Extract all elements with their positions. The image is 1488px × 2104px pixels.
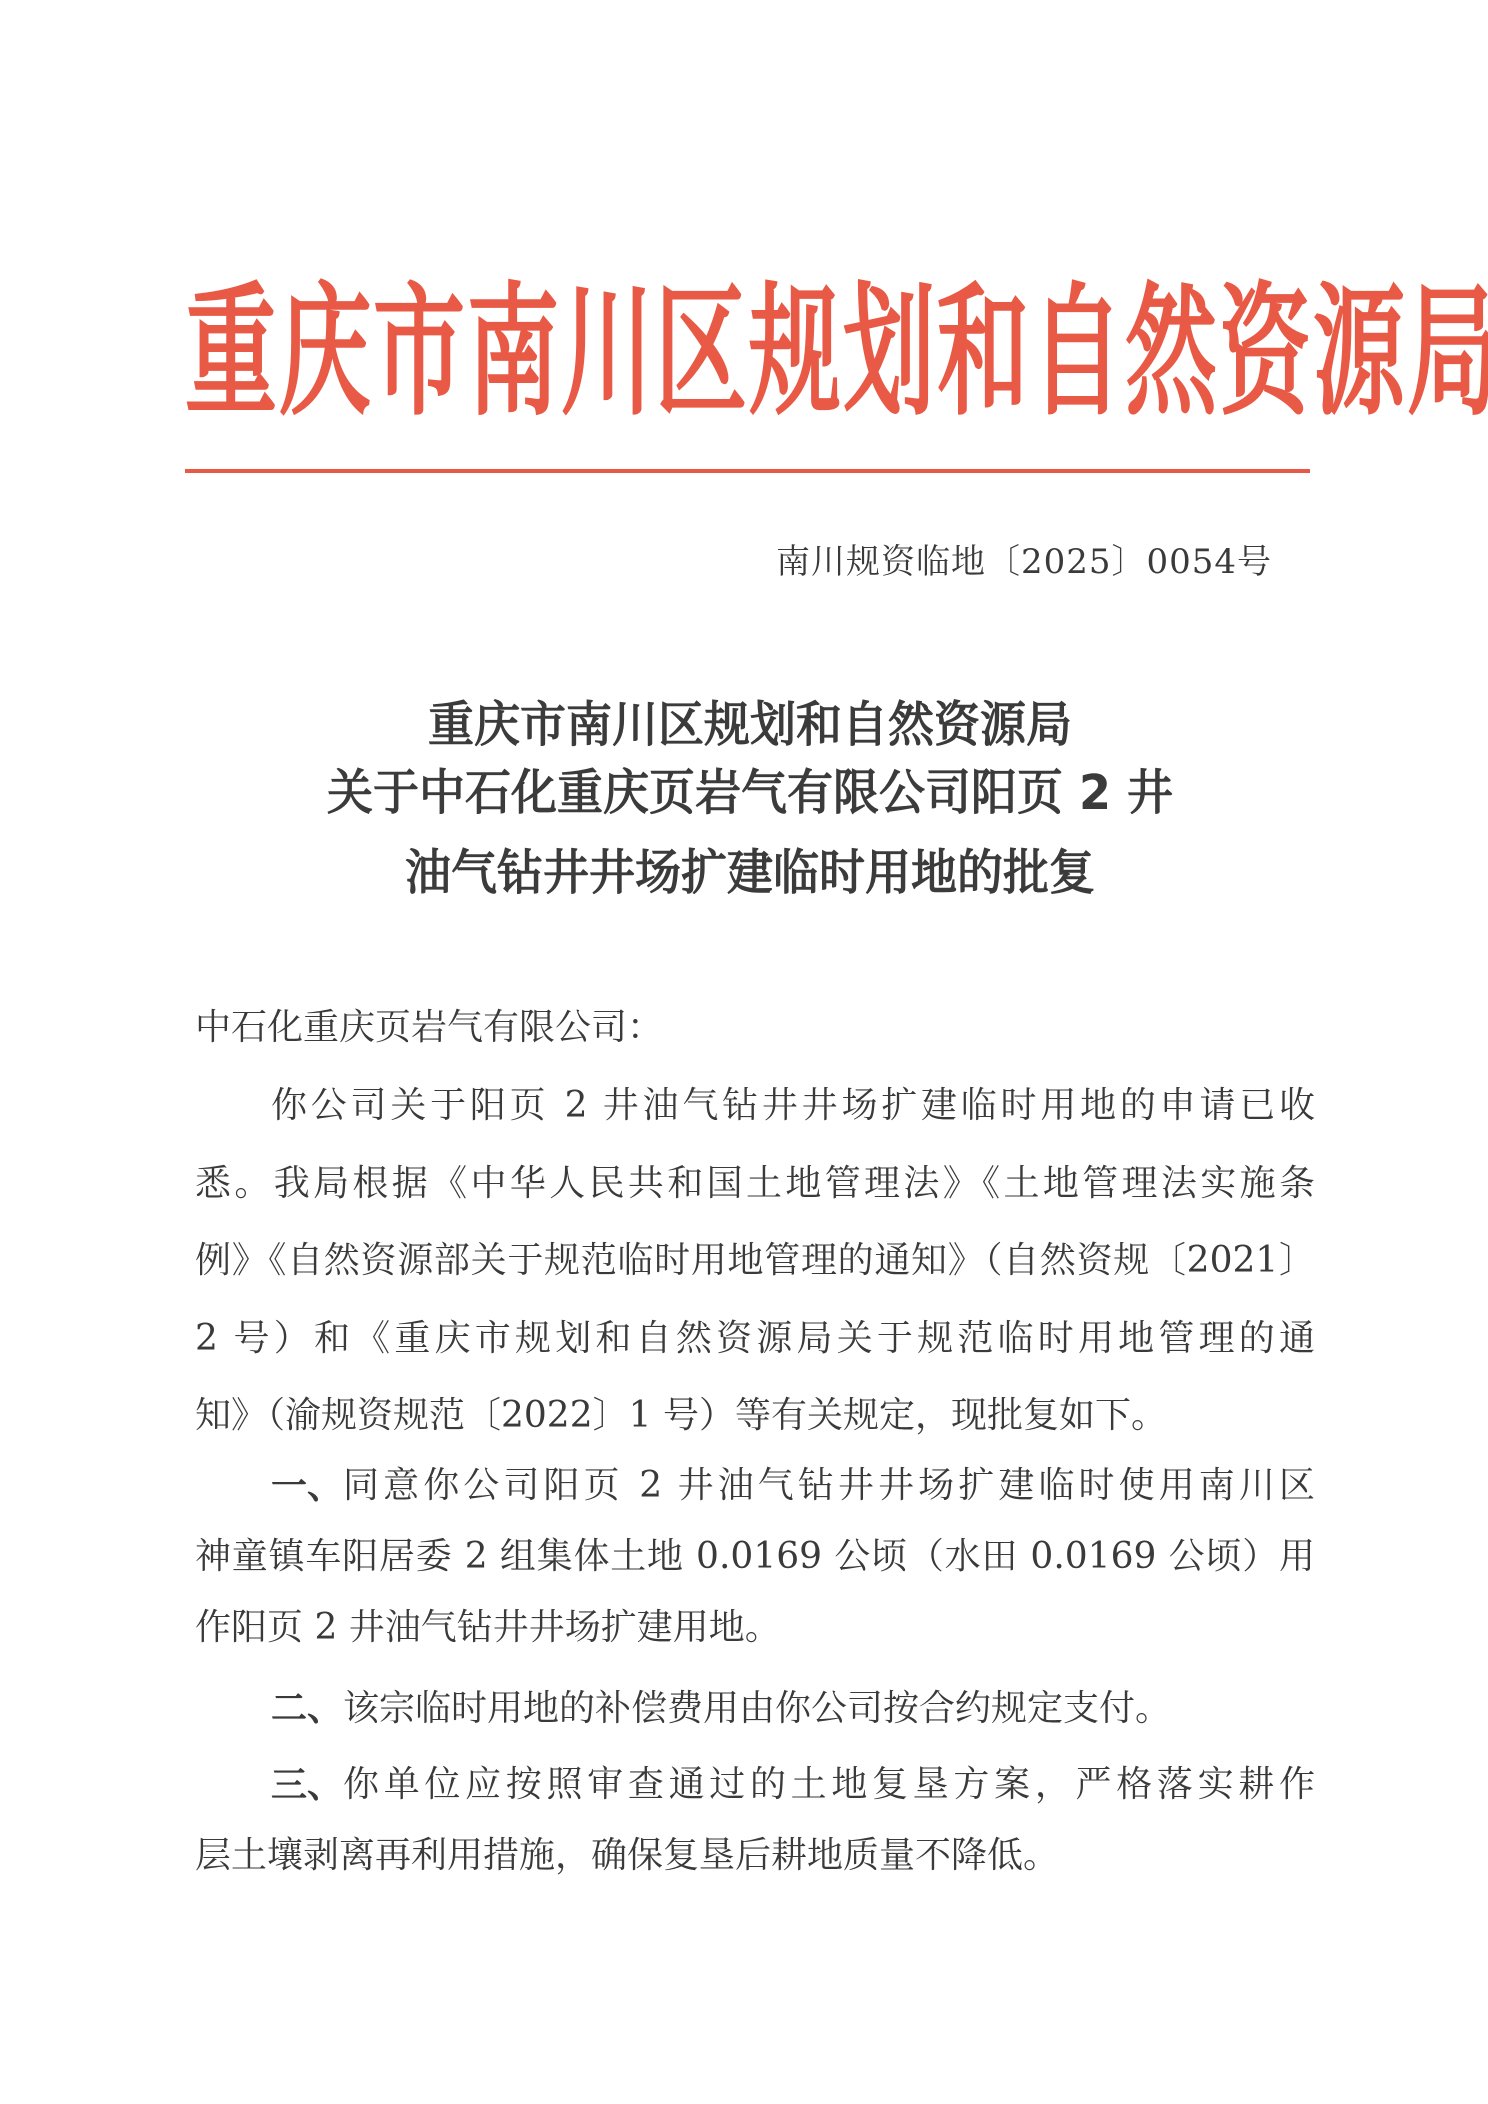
salutation: 中石化重庆页岩气有限公司： <box>195 1008 663 1048</box>
document-number: 南川规资临地〔2025〕0054号 <box>776 538 1272 586</box>
paragraph-line: 例》《自然资源部关于规范临时用地管理的通知》（自然资规〔2021〕 <box>195 1241 1315 1281</box>
paragraph-line: 悉。我局根据《中华人民共和国土地管理法》《土地管理法实施条 <box>195 1164 1315 1204</box>
paragraph-line: 同意你公司阳页 2 井油气钻井井场扩建临时使用南川区 <box>343 1466 1315 1506</box>
document-title-line-2: 关于中石化重庆页岩气有限公司阳页 2 井 <box>200 766 1300 819</box>
document-title-line-3: 油气钻井井场扩建临时用地的批复 <box>200 846 1300 899</box>
approval-item-3: 三、 你单位应按照审查通过的土地复垦方案，严格落实耕作 <box>271 1765 1315 1805</box>
paragraph-line: 你公司关于阳页 2 井油气钻井井场扩建临时用地的申请已收 <box>271 1086 1315 1126</box>
document-body: 中石化重庆页岩气有限公司： 你公司关于阳页 2 井油气钻井井场扩建临时用地的申请… <box>195 1008 1315 1908</box>
item-marker: 一、 <box>271 1466 343 1506</box>
approval-item-1: 一、 同意你公司阳页 2 井油气钻井井场扩建临时使用南川区 <box>271 1466 1315 1506</box>
paragraph-line: 神童镇车阳居委 2 组集体土地 0.0169 公顷（水田 0.0169 公顷）用 <box>195 1537 1315 1577</box>
paragraph-line: 该宗临时用地的补偿费用由你公司按合约规定支付。 <box>343 1688 1171 1729</box>
paragraph-line: 你单位应按照审查通过的土地复垦方案，严格落实耕作 <box>343 1765 1315 1805</box>
item-marker: 二、 <box>271 1687 343 1729</box>
document-title-line-1: 重庆市南川区规划和自然资源局 <box>200 698 1300 751</box>
agency-masthead: 重庆市南川区规划和自然资源局 <box>185 282 1310 515</box>
paragraph-line: 层土壤剥离再利用措施，确保复垦后耕地质量不降低。 <box>195 1836 1059 1876</box>
paragraph-line: 作阳页 2 井油气钻井井场扩建用地。 <box>195 1608 781 1648</box>
paragraph-line: 知》（渝规资规范〔2022〕1 号）等有关规定，现批复如下。 <box>195 1396 1167 1436</box>
paragraph-line: 2 号）和《重庆市规划和自然资源局关于规范临时用地管理的通 <box>195 1319 1315 1359</box>
approval-item-2: 二、该宗临时用地的补偿费用由你公司按合约规定支付。 <box>271 1688 1315 1729</box>
masthead-red-rule <box>185 469 1310 473</box>
item-marker: 三、 <box>271 1765 343 1805</box>
